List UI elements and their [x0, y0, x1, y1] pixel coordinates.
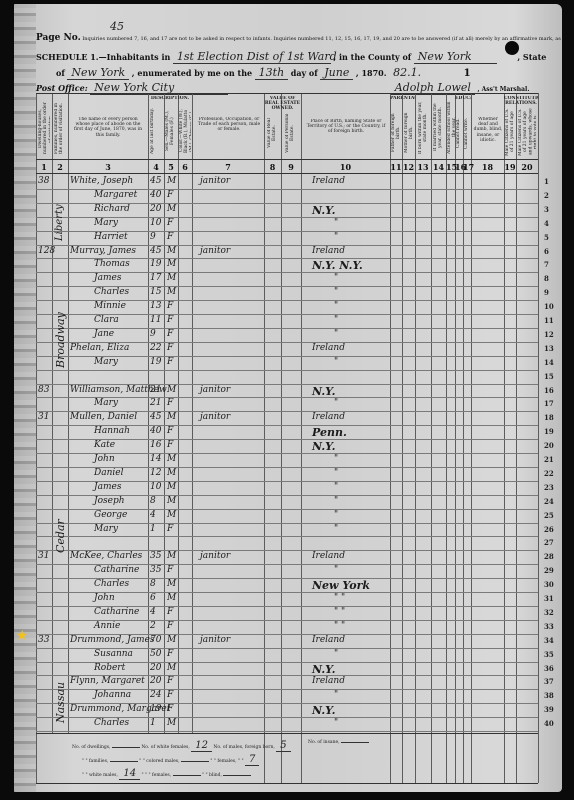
district-field: 1st Election Dist of 1st Ward	[173, 50, 331, 64]
person-age: 20	[150, 677, 161, 686]
person-age: 9	[150, 330, 156, 339]
col-num: 9	[281, 162, 301, 172]
top-scribble: 45	[110, 20, 124, 33]
person-sex: F	[167, 233, 173, 242]
person-name: Johanna	[94, 691, 131, 700]
person-sex: F	[167, 622, 173, 631]
line-number: 25	[544, 511, 554, 520]
col-num: 6	[178, 162, 192, 172]
col-header-7: Profession, Occupation, or Trade of each…	[196, 117, 262, 133]
birthplace: N.Y. N.Y.	[312, 260, 363, 271]
group-constitutional: CONSTITUTIONAL RELATIONS.	[504, 96, 538, 106]
line-number: 13	[544, 344, 554, 353]
birthplace: "	[334, 358, 338, 367]
person-sex: M	[167, 386, 176, 395]
col-header-14: If married within the year, state month.	[433, 99, 443, 156]
birthplace: Ireland	[312, 552, 345, 561]
person-name: Catharine	[94, 566, 139, 575]
col-num: 2	[52, 162, 68, 172]
line-number: 30	[544, 580, 554, 589]
person-sex: F	[167, 302, 173, 311]
person-name: Catharine	[94, 608, 139, 617]
person-sex: F	[167, 316, 173, 325]
line-number: 17	[544, 399, 554, 408]
person-age: 19	[150, 705, 161, 714]
person-sex: F	[167, 358, 173, 367]
person-age: 20	[150, 664, 161, 673]
person-sex: M	[167, 719, 176, 728]
col-num: 1	[36, 162, 52, 172]
street-name: Liberty	[55, 181, 65, 241]
col-header-15: Attended school within the year.	[447, 99, 455, 156]
person-name: George	[94, 511, 127, 520]
person-age: 21	[150, 399, 161, 408]
col-header-2: Families, numbered in the order of visit…	[54, 101, 66, 156]
person-occupation: janitor	[200, 636, 230, 645]
birthplace: "	[334, 483, 338, 492]
person-sex: M	[167, 580, 176, 589]
person-sex: F	[167, 219, 173, 228]
county-field: New York	[414, 50, 497, 64]
person-name: Mary	[94, 358, 118, 367]
person-age: 1	[150, 525, 156, 534]
line-number: 23	[544, 483, 554, 492]
sheet-number: 1	[464, 68, 471, 79]
line-number: 2	[544, 191, 549, 200]
line-number: 26	[544, 525, 554, 534]
birthplace: "	[334, 650, 338, 659]
line-number: 19	[544, 427, 554, 436]
person-occupation: janitor	[200, 386, 230, 395]
person-age: 4	[150, 511, 156, 520]
col-header-16: Cannot read.	[456, 111, 463, 156]
line-number: 33	[544, 622, 554, 631]
birthplace: "	[334, 233, 338, 242]
person-name: Charles	[94, 288, 129, 297]
person-name: Drummond, James	[70, 636, 155, 645]
census-table: Dwelling-houses, numbered in the order o…	[36, 93, 538, 793]
person-age: 2	[150, 622, 156, 631]
line-number: 6	[544, 247, 549, 256]
line-number: 31	[544, 594, 554, 603]
line-number: 5	[544, 233, 549, 242]
birthplace: " "	[334, 608, 345, 617]
birthplace: "	[334, 302, 338, 311]
schedule-line: SCHEDULE 1.—Inhabitants in 1st Election …	[36, 50, 546, 64]
line-number: 35	[544, 650, 554, 659]
person-sex: F	[167, 566, 173, 575]
line-number: 34	[544, 636, 554, 645]
state-field: New York	[67, 66, 129, 80]
col-header-3: The name of every person whose place of …	[72, 117, 144, 138]
street-name: Cedar	[55, 453, 66, 553]
person-name: McKee, Charles	[70, 552, 142, 561]
person-age: 24	[150, 691, 161, 700]
person-name: Margaret	[94, 191, 137, 200]
person-sex: F	[167, 427, 173, 436]
line-number: 14	[544, 358, 554, 367]
dwelling-number: 31	[38, 413, 49, 422]
row-divider	[36, 370, 538, 371]
birthplace: "	[334, 566, 338, 575]
person-name: Charles	[94, 580, 129, 589]
person-sex: M	[167, 483, 176, 492]
birthplace: "	[334, 274, 338, 283]
person-name: Mary	[94, 399, 118, 408]
person-sex: F	[167, 705, 173, 714]
line-number: 9	[544, 288, 549, 297]
person-sex: M	[167, 552, 176, 561]
line-number: 27	[544, 538, 554, 547]
person-sex: F	[167, 677, 173, 686]
person-occupation: janitor	[200, 247, 230, 256]
person-sex: M	[167, 594, 176, 603]
col-header-19: Male Citizens of U.S. of 21 years of age…	[505, 107, 515, 157]
person-sex: F	[167, 441, 173, 450]
person-name: Daniel	[94, 469, 123, 478]
summary-line-3: " " white males, 14 " " " females, " " b…	[82, 768, 251, 780]
birthplace: "	[334, 288, 338, 297]
instructions-line: Page No. Inquiries numbered 7, 16, and 1…	[36, 33, 536, 43]
birthplace: " "	[334, 622, 345, 631]
col-header-1: Dwelling-houses, numbered in the order o…	[38, 101, 50, 156]
col-num: 17	[463, 162, 471, 172]
person-name: James	[94, 274, 121, 283]
person-name: Murray, James	[70, 247, 136, 256]
person-age: 35	[150, 552, 161, 561]
person-name: Mary	[94, 525, 118, 534]
col-num: 19	[504, 162, 516, 172]
line-number: 32	[544, 608, 554, 617]
col-num: 5	[164, 162, 178, 172]
person-age: 14	[150, 455, 161, 464]
birthplace: Ireland	[312, 677, 345, 686]
person-sex: M	[167, 664, 176, 673]
line-number: 28	[544, 552, 554, 561]
col-header-5: Sex.—Males (M.), Females (F.)	[165, 107, 177, 155]
col-num: 3	[68, 162, 148, 172]
person-sex: F	[167, 650, 173, 659]
col-num: 8	[264, 162, 281, 172]
col-num: 13	[415, 162, 431, 172]
person-sex: M	[167, 288, 176, 297]
person-sex: M	[167, 260, 176, 269]
col-num: 20	[516, 162, 538, 172]
person-name: Joseph	[94, 497, 125, 506]
birthplace: Ireland	[312, 247, 345, 256]
line-number: 10	[544, 302, 554, 311]
person-sex: F	[167, 330, 173, 339]
line-number: 12	[544, 330, 554, 339]
torn-left-edge	[14, 4, 36, 792]
col-num: 7	[192, 162, 264, 172]
person-sex: M	[167, 205, 176, 214]
birthplace: N.Y.	[312, 205, 335, 216]
person-age: 12	[150, 469, 161, 478]
enumeration-line: of New York , enumerated by me on the 13…	[56, 66, 471, 80]
person-name: John	[94, 594, 115, 603]
person-age: 10	[150, 483, 161, 492]
person-occupation: janitor	[200, 552, 230, 561]
person-age: 40	[150, 191, 161, 200]
person-age: 20	[150, 205, 161, 214]
person-age: 16	[150, 441, 161, 450]
month-field: June	[320, 66, 353, 80]
birthplace: "	[334, 691, 338, 700]
person-name: Thomas	[94, 260, 130, 269]
person-age: 70	[150, 636, 161, 645]
person-sex: M	[167, 636, 176, 645]
person-sex: F	[167, 399, 173, 408]
col-num: 12	[402, 162, 415, 172]
person-sex: M	[167, 413, 176, 422]
dwelling-number: 128	[38, 247, 55, 256]
line-number: 4	[544, 219, 549, 228]
birthplace: "	[334, 511, 338, 520]
col-header-17: Cannot write.	[464, 111, 471, 156]
person-sex: M	[167, 177, 176, 186]
person-name: Flynn, Margaret	[70, 677, 145, 686]
person-sex: M	[167, 274, 176, 283]
birthplace: Ireland	[312, 344, 345, 353]
person-name: Phelan, Eliza	[70, 344, 129, 353]
person-name: Kate	[94, 441, 115, 450]
col-num: 14	[431, 162, 446, 172]
birthplace: "	[334, 219, 338, 228]
person-age: 19	[150, 358, 161, 367]
person-age: 11	[150, 316, 161, 325]
birthplace: N.Y.	[312, 664, 335, 675]
col-header-9: Value of Personal Estate.	[285, 111, 297, 156]
line-number: 11	[544, 316, 554, 325]
person-sex: M	[167, 511, 176, 520]
birthplace: Ireland	[312, 636, 345, 645]
person-name: Harriet	[94, 233, 128, 242]
col-num: 15	[446, 162, 455, 172]
col-num: 18	[471, 162, 504, 172]
person-occupation: janitor	[200, 177, 230, 186]
birthplace: Ireland	[312, 413, 345, 422]
person-age: 22	[150, 344, 161, 353]
person-sex: F	[167, 525, 173, 534]
person-age: 15	[150, 288, 161, 297]
person-sex: M	[167, 497, 176, 506]
line-number: 18	[544, 413, 554, 422]
dwelling-number: 83	[38, 386, 49, 395]
birthplace: "	[334, 316, 338, 325]
col-num: 4	[148, 162, 164, 172]
birthplace: "	[334, 455, 338, 464]
person-age: 6	[150, 594, 156, 603]
person-name: Mullen, Daniel	[70, 413, 137, 422]
person-sex: F	[167, 191, 173, 200]
person-age: 45	[150, 247, 161, 256]
line-number: 15	[544, 372, 554, 381]
person-age: 19	[150, 260, 161, 269]
person-age: 4	[150, 608, 156, 617]
line-number: 40	[544, 719, 554, 728]
person-name: Susanna	[94, 650, 133, 659]
line-number: 21	[544, 455, 554, 464]
line-number: 36	[544, 664, 554, 673]
birthplace: "	[334, 719, 338, 728]
person-name: Minnie	[94, 302, 126, 311]
birthplace: "	[334, 399, 338, 408]
line-number: 24	[544, 497, 554, 506]
person-sex: M	[167, 247, 176, 256]
birthplace: "	[334, 330, 338, 339]
dwelling-number: 33	[38, 636, 49, 645]
birthplace: " "	[334, 594, 345, 603]
birthplace: Ireland	[312, 177, 345, 186]
col-header-20: Male Citizens of U.S. of 21 years of age…	[518, 107, 536, 157]
person-name: Richard	[94, 205, 130, 214]
line-number: 29	[544, 566, 554, 575]
person-name: Jane	[94, 330, 114, 339]
col-header-11: Father of foreign birth.	[391, 109, 401, 156]
person-age: 9	[150, 233, 156, 242]
summary-insane: No. of insane,	[308, 740, 369, 745]
person-age: 45	[150, 177, 161, 186]
col-header-6: Color.—White (W.), Black (B.), Mulatto (…	[179, 107, 191, 155]
line-number: 39	[544, 705, 554, 714]
person-name: Hannah	[94, 427, 130, 436]
person-name: Annie	[94, 622, 120, 631]
col-num: 10	[301, 162, 390, 172]
person-name: Robert	[94, 664, 125, 673]
person-name: Charles	[94, 719, 129, 728]
dwelling-number: 31	[38, 552, 49, 561]
birthplace: N.Y.	[312, 386, 335, 397]
line-number: 20	[544, 441, 554, 450]
dwelling-number: 38	[38, 177, 49, 186]
person-age: 10	[150, 219, 161, 228]
birthplace: "	[334, 525, 338, 534]
col-header-10: Place of Birth, naming State or Territor…	[304, 119, 388, 135]
group-value-estate: VALUE OF REAL ESTATE OWNED.	[264, 96, 301, 112]
street-name: Nassau	[55, 623, 66, 723]
birthplace: N.Y.	[312, 705, 335, 716]
person-age: 8	[150, 580, 156, 589]
star-icon[interactable]: ★	[16, 628, 29, 644]
line-number: 3	[544, 205, 549, 214]
group-parentage: PARENTAGE.	[390, 96, 415, 101]
col-header-4: Age at last birthday.	[150, 107, 162, 155]
person-age: 1	[150, 719, 156, 728]
col-header-12: Mother of foreign birth.	[404, 109, 414, 156]
col-header-18: Whether deaf and dumb, blind, insane, or…	[473, 117, 503, 143]
street-name: Broadway	[55, 258, 66, 368]
person-sex: F	[167, 344, 173, 353]
summary-line-2: " " families, " " colored males, " " fem…	[82, 754, 259, 766]
person-name: James	[94, 483, 121, 492]
person-name: Mary	[94, 219, 118, 228]
group-education: EDUCATION.	[455, 96, 471, 101]
line-number: 16	[544, 386, 554, 395]
birthplace: N.Y.	[312, 441, 335, 452]
birthplace: Penn.	[312, 427, 347, 438]
col-header-13: If born within the year, state month.	[418, 99, 428, 156]
person-sex: F	[167, 691, 173, 700]
person-age: 40	[150, 427, 161, 436]
person-age: 21	[150, 386, 161, 395]
line-number: 38	[544, 691, 554, 700]
person-age: 13	[150, 302, 161, 311]
col-num: 11	[390, 162, 402, 172]
person-occupation: janitor	[200, 413, 230, 422]
col-header-8: Value of Real Estate.	[267, 111, 279, 156]
line-number: 7	[544, 260, 549, 269]
line-number: 22	[544, 469, 554, 478]
person-age: 17	[150, 274, 161, 283]
summary-line-1: No. of dwellings, No. of white females, …	[72, 740, 291, 752]
birthplace: "	[334, 497, 338, 506]
person-age: 8	[150, 497, 156, 506]
person-age: 50	[150, 650, 161, 659]
person-name: Clara	[94, 316, 119, 325]
person-sex: F	[167, 608, 173, 617]
person-sex: M	[167, 469, 176, 478]
line-number: 8	[544, 274, 549, 283]
row-divider	[36, 731, 538, 732]
person-name: White, Joseph	[70, 177, 133, 186]
birthplace: "	[334, 469, 338, 478]
person-sex: M	[167, 455, 176, 464]
line-number: 1	[544, 177, 549, 186]
person-name: John	[94, 455, 115, 464]
birthplace: New York	[312, 580, 370, 591]
col-num: 16	[455, 162, 463, 172]
group-description: DESCRIPTION.	[148, 96, 192, 101]
line-number: 37	[544, 677, 554, 686]
row-divider	[36, 536, 538, 537]
day-field: 13th	[255, 66, 289, 80]
person-age: 35	[150, 566, 161, 575]
person-age: 45	[150, 413, 161, 422]
